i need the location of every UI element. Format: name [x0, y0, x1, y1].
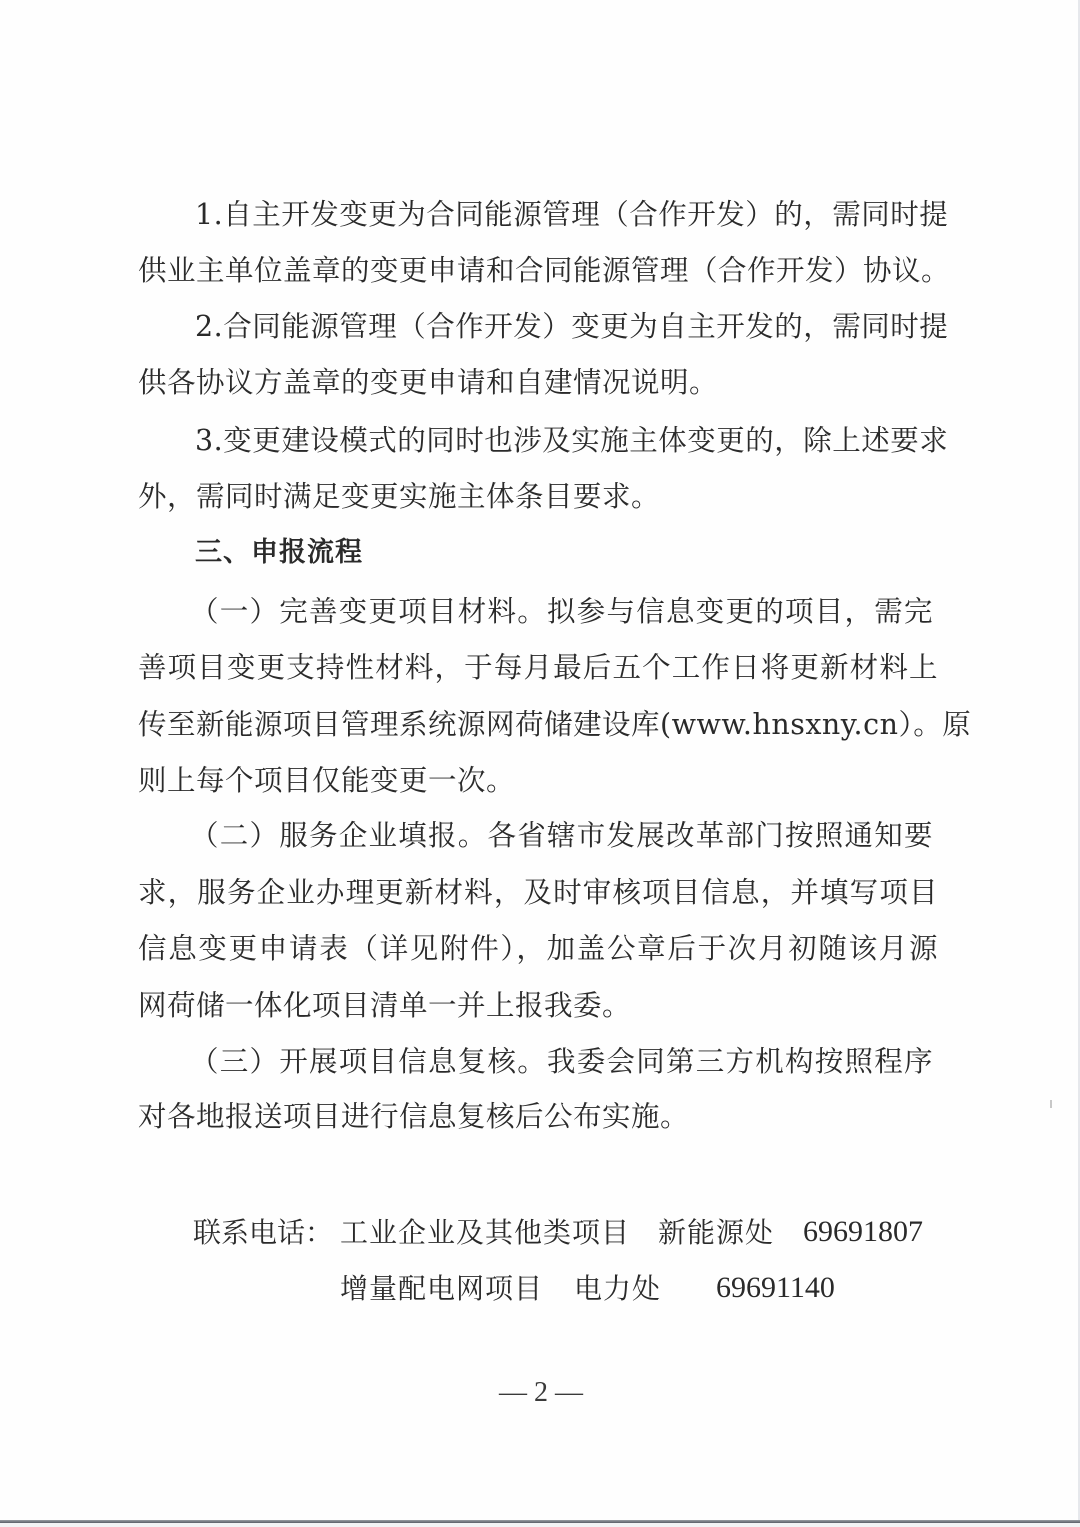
- contact-phone-1: 69691807: [803, 1214, 923, 1250]
- step-2-line-3: 信息变更申请表（详见附件），加盖公章后于次月初随该月源: [138, 931, 938, 967]
- item-2-line-1: 2.合同能源管理（合作开发）变更为自主开发的，需同时提: [195, 309, 938, 345]
- section-heading: 三、申报流程: [195, 535, 995, 571]
- step-1-line-4: 则上每个项目仅能变更一次。: [138, 763, 938, 799]
- page-shadow: [0, 1523, 1080, 1527]
- step-3-line-2: 对各地报送项目进行信息复核后公布实施。: [138, 1099, 938, 1135]
- document-page: 1.自主开发变更为合同能源管理（合作开发）的，需同时提 供业主单位盖章的变更申请…: [0, 0, 1080, 1520]
- item-1-line-1: 1.自主开发变更为合同能源管理（合作开发）的，需同时提: [195, 197, 938, 233]
- step-2-line-2: 求，服务企业办理更新材料，及时审核项目信息，并填写项目: [138, 875, 938, 911]
- contact-category-1: 工业企业及其他类项目: [340, 1215, 630, 1251]
- step-1-line-1: （一）完善变更项目材料。拟参与信息变更的项目，需完: [190, 594, 933, 630]
- contact-category-2: 增量配电网项目: [340, 1271, 543, 1307]
- contact-department-1: 新能源处: [658, 1215, 774, 1251]
- item-2-line-2: 供各协议方盖章的变更申请和自建情况说明。: [138, 365, 938, 401]
- item-3-line-1: 3.变更建设模式的同时也涉及实施主体变更的，除上述要求: [195, 423, 938, 459]
- scan-speck: [1050, 1100, 1052, 1108]
- contact-department-2: 电力处: [574, 1271, 661, 1307]
- item-1-line-2: 供业主单位盖章的变更申请和合同能源管理（合作开发）协议。: [138, 253, 938, 289]
- step-2-line-4: 网荷储一体化项目清单一并上报我委。: [138, 988, 938, 1024]
- step-3-line-1: （三）开展项目信息复核。我委会同第三方机构按照程序: [190, 1044, 933, 1080]
- contact-phone-2: 69691140: [716, 1270, 835, 1306]
- step-1-line-2: 善项目变更支持性材料，于每月最后五个工作日将更新材料上: [138, 650, 938, 686]
- page-number: — 2 —: [486, 1375, 596, 1411]
- contact-label: 联系电话：: [193, 1215, 333, 1251]
- item-3-line-2: 外，需同时满足变更实施主体条目要求。: [138, 479, 938, 515]
- step-1-line-3: 传至新能源项目管理系统源网荷储建设库(www.hnsxny.cn）。原: [138, 707, 938, 743]
- step-2-line-1: （二）服务企业填报。各省辖市发展改革部门按照通知要: [190, 818, 933, 854]
